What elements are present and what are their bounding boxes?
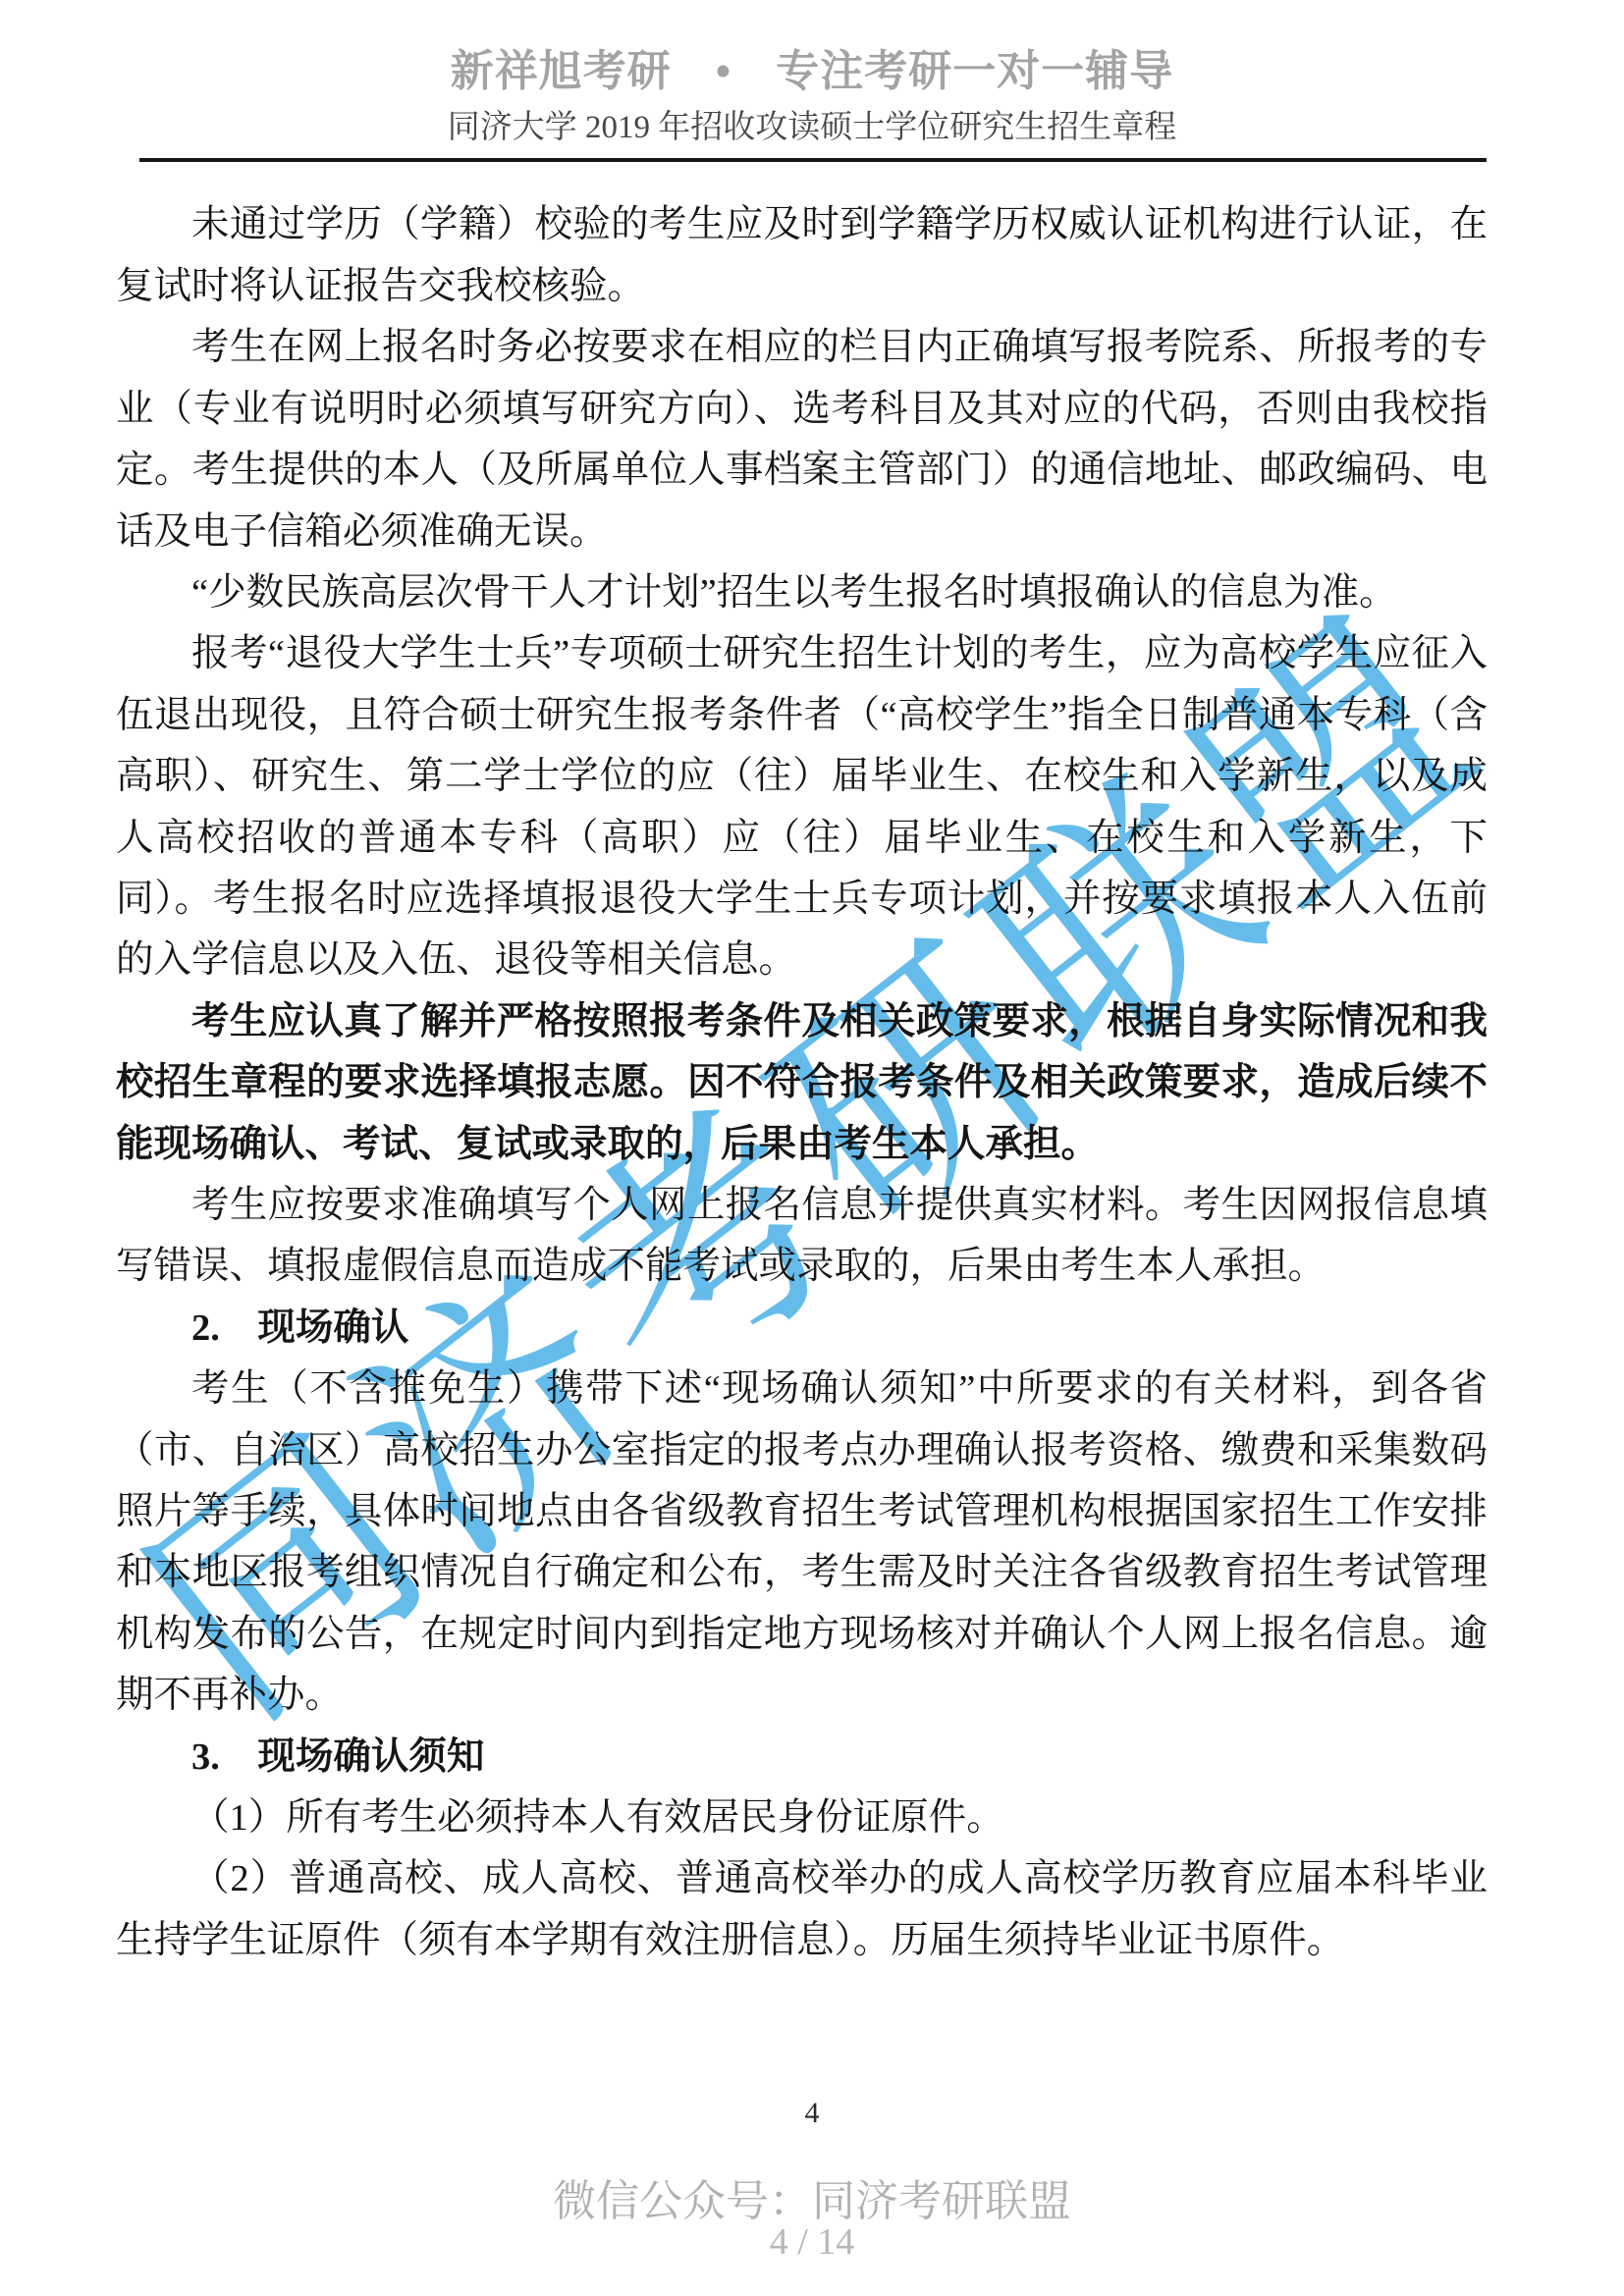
paragraph: （1）所有考生必须持本人有效居民身份证原件。: [116, 1788, 1488, 1848]
emphasis-paragraph: 考生应认真了解并严格按照报考条件及相关政策要求，根据自身实际情况和我校招生章程的…: [116, 991, 1488, 1175]
pagination-indicator: 4 / 14: [0, 2220, 1624, 2264]
paragraph: 报考“退役大学生士兵”专项硕士研究生招生计划的考生，应为高校学生应征入伍退出现役…: [116, 623, 1488, 990]
brand-banner: 新祥旭考研 • 专注考研一对一辅导: [0, 0, 1624, 94]
paragraph: 考生应按要求准确填写个人网上报名信息并提供真实材料。考生因网报信息填写错误、填报…: [116, 1175, 1488, 1298]
paragraph: 考生（不含推免生）携带下述“现场确认须知”中所要求的有关材料，到各省（市、自治区…: [116, 1359, 1488, 1726]
document-title: 同济大学 2019 年招收攻读硕士学位研究生招生章程: [0, 110, 1624, 145]
document-body: 未通过学历（学籍）校验的考生应及时到学籍学历权威认证机构进行认证，在复试时将认证…: [116, 194, 1488, 1971]
section-heading-confirmation-notes: 3. 现场确认须知: [116, 1727, 1488, 1788]
paragraph: “少数民族高层次骨干人才计划”招生以考生报名时填报确认的信息为准。: [116, 562, 1488, 623]
page-header: 新祥旭考研 • 专注考研一对一辅导 同济大学 2019 年招收攻读硕士学位研究生…: [0, 0, 1624, 162]
paragraph: （2）普通高校、成人高校、普通高校举办的成人高校学历教育应届本科毕业生持学生证原…: [116, 1848, 1488, 1971]
wechat-account-line: 微信公众号：同济考研联盟: [0, 2165, 1624, 2228]
paragraph: 考生在网上报名时务必按要求在相应的栏目内正确填写报考院系、所报考的专业（专业有说…: [116, 317, 1488, 562]
document-page: 同济考研联盟 新祥旭考研 • 专注考研一对一辅导 同济大学 2019 年招收攻读…: [0, 0, 1624, 2296]
section-heading-onsite-confirmation: 2. 现场确认: [116, 1298, 1488, 1359]
paragraph: 未通过学历（学籍）校验的考生应及时到学籍学历权威认证机构进行认证，在复试时将认证…: [116, 194, 1488, 317]
page-number: 4: [0, 2097, 1624, 2130]
header-divider: [139, 158, 1487, 162]
